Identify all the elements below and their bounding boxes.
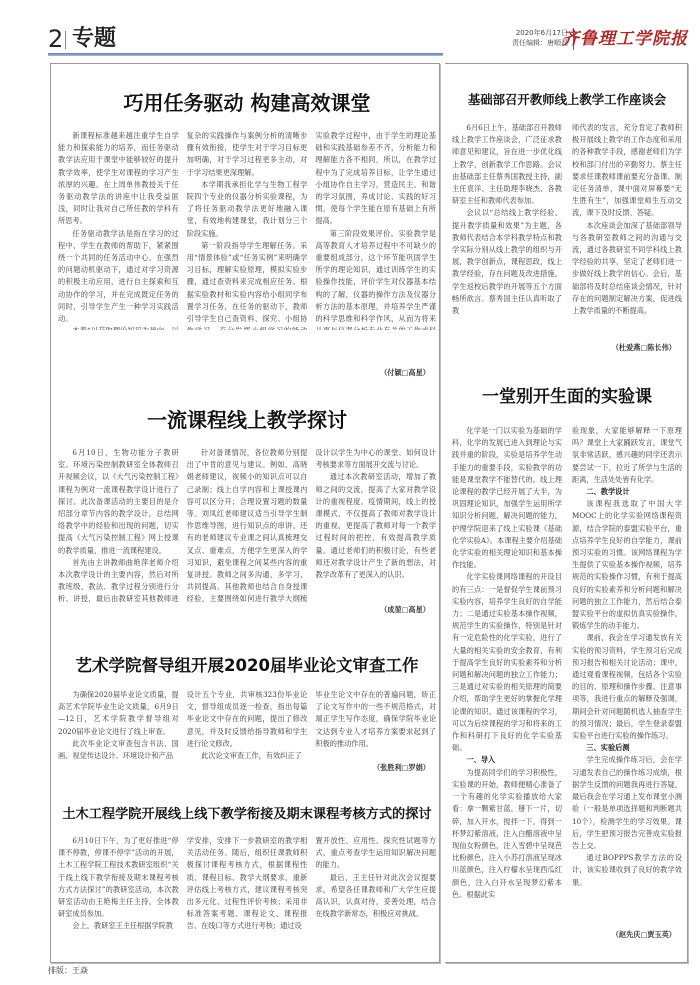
editor-credit: 责任编辑：唐順磊 <box>512 38 568 48</box>
paragraph: 验现象，大家能够解释一下原理吗？课堂上大家踊跃发言，课堂气氛非常活跃，感兴趣的同… <box>572 425 682 486</box>
section-subheading: 二、教学设计 <box>572 486 682 498</box>
article-column: 新课程标准越来越注重学生自学能力和探索能力的培养，而任务驱动教学法应用于课堂中能… <box>58 130 179 330</box>
paragraph: 通过本次教研室活动，增加了教师之间的交流，提高了大家对教学设计的重视程度。疫情期… <box>315 471 436 581</box>
paragraph: 6月10日，生物功能分子教研室、环境污染控制教研室全体教师召开视频会议，以《大气… <box>58 447 179 557</box>
paragraph: 第一阶段指导学生理解任务。采用“情景体验”或“任务实例”来明确学习目标，理解实验… <box>187 240 308 330</box>
paragraph: 最后，王主任针对此次会议提要求，希望各任课教师和广大学生应提高认识，认真对待，妥… <box>315 872 436 921</box>
paragraph: 置开放性、应用性、探究性试题等方式，重点考查学生运用知识解决问题的能力。 <box>315 835 436 872</box>
article-byline: （付颖□高星） <box>380 368 430 378</box>
paragraph: 任务驱动教学法是指在学习的过程中，学生在教师的帮助下，紧紧围绕一个共同的任务活动… <box>58 228 179 326</box>
article-column: 置开放性、应用性、探究性试题等方式，重点考查学生运用知识解决问题的能力。 最后，… <box>315 835 436 947</box>
layout-credit: 排版：王焱 <box>48 965 88 976</box>
paragraph: 毕业生论文中存在的普遍问题，矫正了论文写作中的一些不规范格式，对端正学生写作态度… <box>315 689 436 750</box>
paragraph: 化学实验课网络课程的开设目的有三点：一是督促学生课前预习实验内容，培养学生良好的… <box>452 571 562 754</box>
article-headline: 一流课程线上教学探讨 <box>58 407 436 433</box>
paragraph: 师代表的发言，充分肯定了教师积极开展线上教学的工作态度和采用的各种教学手段，感谢… <box>572 122 682 220</box>
article-headline: 土木工程学院开展线上线下教学衔接及期末课程考核方式的探讨 <box>58 805 436 825</box>
page-number: 2 <box>48 26 63 52</box>
section-title: 专题 <box>72 26 116 52</box>
article-column: 针对备课情况，各位教师分别提出了中肯的意见与建议。例如，高晓娟老师建议，视频小的… <box>187 447 308 607</box>
paragraph: 为确保2020届毕业论文质量，提高艺术学院毕业生论文质量，6月9日—12日，艺术… <box>58 689 179 738</box>
article-body: 6月10日下午，为了更好推进“停课不停教，停课不停学”活动的开展，土木工程学院工… <box>58 835 436 947</box>
article-headline: 一堂别开生面的实验课 <box>452 385 682 409</box>
paragraph: 为提高同学们的学习积极性，实验课的开始，教师便精心准备了一个有趣的化学实验播放给… <box>452 767 562 901</box>
article-headline: 艺术学院督导组开展2020届毕业论文审查工作 <box>58 655 436 677</box>
paragraph: 本学期我承担化学与生物工程学院四个专业的仪器分析实验课程，为了将任务驱动教学法更… <box>187 179 308 240</box>
paragraph: 第三阶段效果评价。实验教学是高等教育人才培养过程中不可缺少的重要组成部分，这个环… <box>315 228 436 330</box>
article-byline: （杜爱燕□陈长伟） <box>612 343 676 353</box>
paragraph: 化学是一门以实验为基础的学科，化学的发展已进入到理论与实践并重的阶段，实验是培养… <box>452 425 562 571</box>
paragraph: 会上，教研室王主任根据学院教 <box>58 920 179 932</box>
article-column: 6月10日，生物功能分子教研室、环境污染控制教研室全体教师召开视频会议，以《大气… <box>58 447 179 607</box>
article-body: 为确保2020届毕业论文质量，提高艺术学院毕业生论文质量，6月9日—12日，艺术… <box>58 689 436 763</box>
paragraph: 新课程标准越来越注重学生自学能力和探索能力的培养，而任务驱动教学法应用于课堂中能… <box>58 130 179 228</box>
article-column: 实验教学过程中，由于学生的理论基础和实践基础参差不齐，分析能力和理解能力各不相同… <box>315 130 436 330</box>
paragraph: 学生完成操作练习后，会在学习通发表自己的操作练习成绩，根据学生反馈的问题我再进行… <box>572 754 682 852</box>
article-body: 6月6日上午，基础部召开教师线上教学工作座谈会，广泛征求教师意见和建议，旨在进一… <box>452 122 682 342</box>
article-byline: （赵先庆□贾玉英） <box>612 930 676 940</box>
article-byline: （成堃□高星） <box>380 605 430 615</box>
paragraph: 此次毕业论文审查包含书法、国画、视觉传达设计、环境设计和产品 <box>58 738 179 762</box>
paragraph: 学安排，安排下一步教研室的教学相关活动任务。随后，组织任课教师积极探讨课程考核方… <box>187 835 308 933</box>
article-body: 新课程标准越来越注重学生自学能力和探索能力的培养，而任务驱动教学法应用于课堂中能… <box>58 130 436 330</box>
article-column: 学安排，安排下一步教研室的教学相关活动任务。随后，组织任课教师积极探讨课程考核方… <box>187 835 308 947</box>
article-column: 毕业生论文中存在的普遍问题，矫正了论文写作中的一些不规范格式，对端正学生写作态度… <box>315 689 436 763</box>
article-column: 化学是一门以实验为基础的学科，化学的发展已进入到理论与实践并重的阶段，实验是培养… <box>452 425 562 920</box>
newspaper-logo: 齐鲁理工学院报 <box>562 28 688 50</box>
article-first-class-course: 一流课程线上教学探讨 6月10日，生物功能分子教研室、环境污染控制教研室全体教师… <box>58 407 436 637</box>
paragraph: 本着“以获取理论知识为导向，以培养能力为本位”的指导思想，结合课程的特点，在教学… <box>58 325 179 330</box>
paragraph: 该课程我选取了中国大学MOOC上的化学实验网络课程资源，结合学院的泰盟实验平台，… <box>572 498 682 632</box>
article-art-thesis-review: 艺术学院督导组开展2020届毕业论文审查工作 为确保2020届毕业论文质量，提高… <box>58 655 436 775</box>
issue-date: 2020年6月17日 <box>512 28 568 38</box>
article-headline: 基础部召开教师线上教学工作座谈会 <box>452 90 682 110</box>
article-foundation-dept-forum: 基础部召开教师线上教学工作座谈会 6月6日上午，基础部召开教师线上教学工作座谈会… <box>452 90 682 360</box>
article-column: 设计五个专业，共审核323份毕业论文，督导组成员逐一检查，指出每篇毕业论文中存在… <box>187 689 308 763</box>
section-subheading: 三、实验后测 <box>572 742 682 754</box>
article-column: 师代表的发言，充分肯定了教师积极开展线上教学的工作态度和采用的各种教学手段，感谢… <box>572 122 682 342</box>
article-body: 化学是一门以实验为基础的学科，化学的发展已进入到理论与实践并重的阶段，实验是培养… <box>452 425 682 920</box>
paragraph: 首先由主讲教师曲艳萍老师介绍本次教学设计的主要内容，然后对所教班级、教法、教学过… <box>58 557 179 607</box>
article-column: 6月6日上午，基础部召开教师线上教学工作座谈会，广泛征求教师意见和建议，旨在进一… <box>452 122 562 342</box>
article-column: 验现象，大家能够解释一下原理吗？课堂上大家踊跃发言，课堂气氛非常活跃，感兴趣的同… <box>572 425 682 920</box>
article-column: 复杂的实践操作与案例分析的清晰步骤有效衔接，使学生对于学习目标更加明确，对于学习… <box>187 130 308 330</box>
article-body: 6月10日，生物功能分子教研室、环境污染控制教研室全体教师召开视频会议，以《大气… <box>58 447 436 607</box>
paragraph: 本次座谈会加深了基础部领导与各教研室教师之间的沟通与交流，通过各教研室不同学科线… <box>572 220 682 318</box>
article-task-driven: 巧用任务驱动 构建高效课堂 新课程标准越来越注重学生自学能力和探索能力的培养，而… <box>58 90 436 380</box>
paragraph: 设计五个专业，共审核323份毕业论文，督导组成员逐一检查，指出每篇毕业论文中存在… <box>187 689 308 750</box>
paragraph: 6月6日上午，基础部召开教师线上教学工作座谈会，广泛征求教师意见和建议，旨在进一… <box>452 122 562 207</box>
section-subheading: 一、导入 <box>452 754 562 766</box>
paragraph: 通过BOPPPS教学方法的设计，该实验课收到了良好的教学效果。 <box>572 852 682 889</box>
paragraph: 设计以学生为中心的课堂、如何设计考核要求等方面展开交流与讨论。 <box>315 447 436 471</box>
paragraph: 6月10日下午，为了更好推进“停课不停教，停课不停学”活动的开展，土木工程学院工… <box>58 835 179 920</box>
divider <box>65 31 66 49</box>
article-headline: 巧用任务驱动 构建高效课堂 <box>58 90 436 116</box>
paragraph: 会议以“总结线上教学经验、提升教学质量和效果”为主题，各教师代表结合本学科教学特… <box>452 207 562 317</box>
paragraph: 课前，我会在学习通发放有关实验的预习资料，学生预习后完成预习报告和相关讨论活动；… <box>572 632 682 742</box>
paragraph: 复杂的实践操作与案例分析的清晰步骤有效衔接，使学生对于学习目标更加明确，对于学习… <box>187 130 308 179</box>
issue-meta: 2020年6月17日 责任编辑：唐順磊 <box>512 28 568 48</box>
article-byline: （张胜利□罗娟） <box>373 763 430 773</box>
paragraph: 实验教学过程中，由于学生的理论基础和实践基础参差不齐，分析能力和理解能力各不相同… <box>315 130 436 228</box>
paragraph: 针对备课情况，各位教师分别提出了中肯的意见与建议。例如，高晓娟老师建议，视频小的… <box>187 447 308 607</box>
article-chem-lab-class: 一堂别开生面的实验课 化学是一门以实验为基础的学科，化学的发展已进入到理论与实践… <box>452 385 682 955</box>
paragraph: 此次论文审查工作，有效纠正了 <box>187 750 308 762</box>
article-civil-eng-exam: 土木工程学院开展线上线下教学衔接及期末课程考核方式的探讨 6月10日下午，为了更… <box>58 805 436 955</box>
article-column: 为确保2020届毕业论文质量，提高艺术学院毕业生论文质量，6月9日—12日，艺术… <box>58 689 179 763</box>
masthead-rule <box>48 53 443 56</box>
article-column: 设计以学生为中心的课堂、如何设计考核要求等方面展开交流与讨论。 通过本次教研室活… <box>315 447 436 607</box>
masthead: 2 专题 2020年6月17日 责任编辑：唐順磊 齐鲁理工学院报 <box>48 24 688 54</box>
article-column: 6月10日下午，为了更好推进“停课不停教，停课不停学”活动的开展，土木工程学院工… <box>58 835 179 947</box>
